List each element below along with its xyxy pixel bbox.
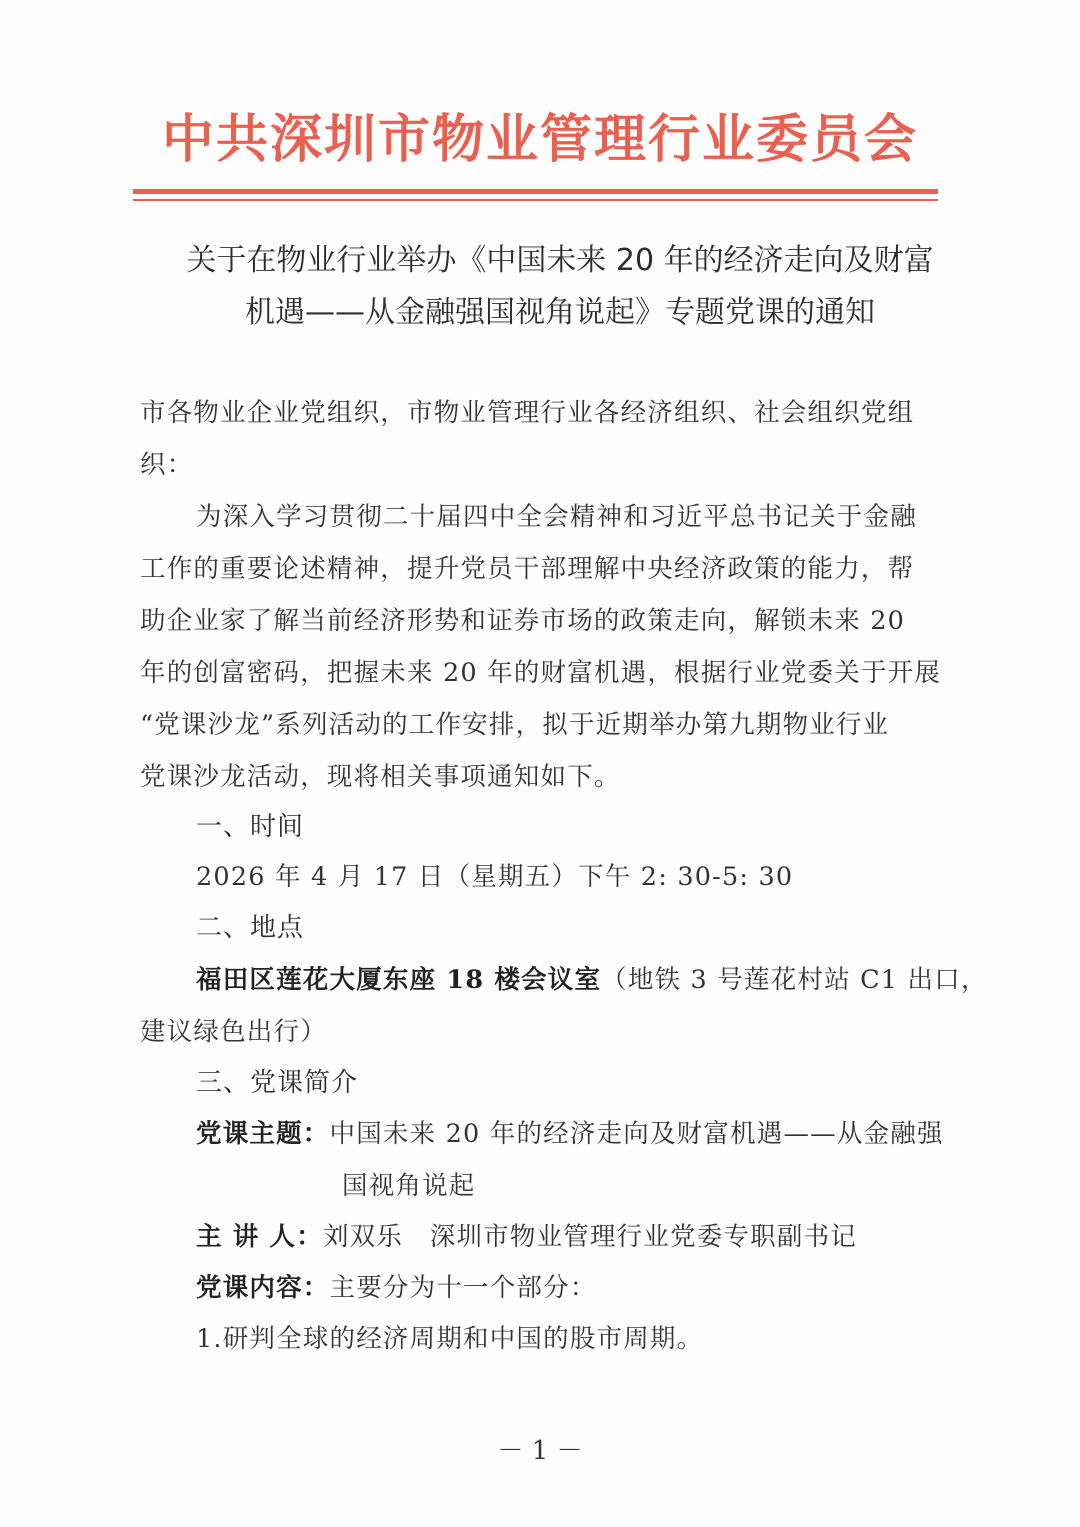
masthead-title: 中共深圳市物业管理行业委员会 bbox=[0, 100, 1080, 180]
location-transit-note: （地铁 3 号莲花村站 C1 出口， bbox=[601, 965, 987, 995]
intro-line-5: “党课沙龙”系列活动的工作安排，拟于近期举办第九期物业行业 bbox=[140, 710, 889, 740]
intro-line-6: 党课沙龙活动，现将相关事项通知如下。 bbox=[140, 762, 621, 792]
topic-value-line-2: 国视角说起 bbox=[342, 1171, 476, 1201]
intro-line-1: 为深入学习贯彻二十届四中全会精神和习近平总书记关于金融 bbox=[196, 502, 917, 532]
content-label: 党课内容： bbox=[196, 1273, 330, 1303]
section-location-line-1: 福田区莲花大厦东座 18 楼会议室（地铁 3 号莲花村站 C1 出口， bbox=[196, 965, 988, 995]
salutation-line-2: 织： bbox=[140, 450, 193, 480]
masthead-rule-thin bbox=[133, 199, 938, 201]
notice-title-line-2: 机遇——从金融强国视角说起》专题党课的通知 bbox=[140, 287, 980, 339]
content-value: 主要分为十一个部分： bbox=[330, 1273, 597, 1303]
salutation-line-1: 市各物业企业党组织，市物业管理行业各经济组织、社会组织党组 bbox=[140, 398, 914, 428]
speaker-value: 刘双乐 深圳市物业管理行业党委专职副书记 bbox=[323, 1222, 857, 1252]
page-number: － 1 － bbox=[0, 1430, 1080, 1467]
content-item-1: 1.研判全球的经济周期和中国的股市周期。 bbox=[196, 1324, 703, 1354]
masthead-rule-thick bbox=[133, 189, 938, 194]
notice-title: 关于在物业行业举办《中国未来 20 年的经济走向及财富 机遇——从金融强国视角说… bbox=[140, 235, 980, 339]
topic-row: 党课主题：中国未来 20 年的经济走向及财富机遇——从金融强 bbox=[196, 1119, 944, 1149]
intro-line-2: 工作的重要论述精神，提升党员干部理解中央经济政策的能力，帮 bbox=[140, 554, 914, 584]
speaker-row: 主 讲 人：刘双乐 深圳市物业管理行业党委专职副书记 bbox=[196, 1222, 857, 1252]
intro-line-3: 助企业家了解当前经济形势和证券市场的政策走向，解锁未来 20 bbox=[140, 606, 905, 636]
speaker-label: 主 讲 人： bbox=[196, 1222, 323, 1252]
topic-value-line-1: 中国未来 20 年的经济走向及财富机遇——从金融强 bbox=[330, 1119, 944, 1149]
intro-line-4: 年的创富密码，把握未来 20 年的财富机遇，根据行业党委关于开展 bbox=[140, 658, 941, 688]
section-intro-heading: 三、党课简介 bbox=[196, 1068, 358, 1098]
section-time-heading: 一、时间 bbox=[196, 812, 304, 842]
content-row: 党课内容：主要分为十一个部分： bbox=[196, 1273, 597, 1303]
document-page: 中共深圳市物业管理行业委员会 关于在物业行业举办《中国未来 20 年的经济走向及… bbox=[0, 0, 1080, 1527]
topic-label: 党课主题： bbox=[196, 1119, 330, 1149]
location-venue: 福田区莲花大厦东座 18 楼会议室 bbox=[196, 965, 601, 995]
section-time-value: 2026 年 4 月 17 日（星期五）下午 2: 30-5: 30 bbox=[196, 862, 793, 892]
notice-title-line-1: 关于在物业行业举办《中国未来 20 年的经济走向及财富 bbox=[140, 235, 980, 287]
section-location-heading: 二、地点 bbox=[196, 913, 304, 943]
section-location-line-2: 建议绿色出行） bbox=[140, 1017, 327, 1047]
